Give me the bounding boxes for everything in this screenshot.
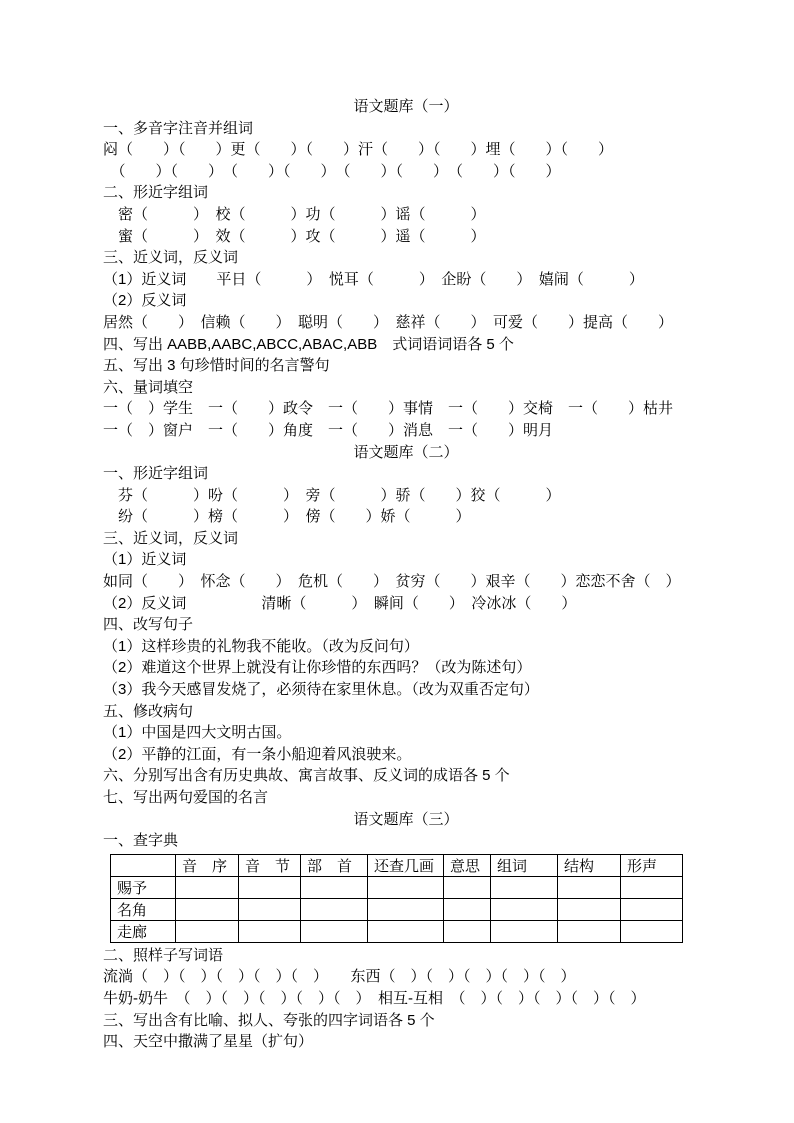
doc1-duoyinzi-blanks-line1: 闷（ ）（ ）更（ ）（ ）汗（ ）（ ）埋（ ）（ ） bbox=[103, 139, 709, 161]
table-empty-cell bbox=[301, 876, 368, 898]
table-header-row: 音 序 音 节 部 首 还查几画 意思 组词 结构 形声 bbox=[111, 854, 683, 876]
table-header-bushou: 部 首 bbox=[301, 854, 368, 876]
doc1-section1-heading: 一、多音字注音并组词 bbox=[103, 118, 709, 140]
doc3-word-pattern-row2: 牛奶-奶牛 （ ）（ ）（ ）（ ）（ ） 相互-互相 （ ）（ ）（ ）（ ）… bbox=[103, 988, 709, 1010]
doc1-measure-words-row1: 一（ ）学生 一（ ）政令 一（ ）事情 一（ ）交椅 一（ ）枯井 bbox=[103, 398, 709, 420]
table-empty-cell bbox=[558, 920, 621, 942]
doc2-section4-heading: 四、改写句子 bbox=[103, 614, 709, 636]
doc3-section2-heading: 二、照样子写词语 bbox=[103, 945, 709, 967]
doc2-synonyms-line: 如同（ ） 怀念（ ） 危机（ ） 贫穷（ ）艰辛（ ）恋恋不舍（ ） bbox=[103, 571, 709, 593]
doc3-section4-heading: 四、天空中撒满了星星（扩句） bbox=[103, 1031, 709, 1053]
table-empty-cell bbox=[558, 898, 621, 920]
doc3-title: 语文题库（三） bbox=[103, 809, 709, 831]
table-header-yinxu: 音 序 bbox=[176, 854, 239, 876]
doc3-section3-heading: 三、写出含有比喻、拟人、夸张的四字词语各 5 个 bbox=[103, 1010, 709, 1032]
doc1-section6-heading: 六、量词填空 bbox=[103, 377, 709, 399]
doc1-xingjinzi-row2: 蜜（ ） 效（ ）攻（ ）遥（ ） bbox=[103, 226, 709, 248]
doc2-section7-heading: 七、写出两句爱国的名言 bbox=[103, 787, 709, 809]
table-empty-cell bbox=[444, 898, 491, 920]
doc3-word-pattern-row1: 流淌（ ）（ ）（ ）（ ）（ ） 东西（ ）（ ）（ ）（ ）（ ） bbox=[103, 966, 709, 988]
table-empty-cell bbox=[621, 920, 683, 942]
dictionary-lookup-table: 音 序 音 节 部 首 还查几画 意思 组词 结构 形声 赐予 名角 走廊 bbox=[110, 854, 683, 943]
doc2-xingjinzi-row1: 芬（ ）吩（ ） 旁（ ）骄（ ）狡（ ） bbox=[103, 485, 709, 507]
doc3-section1-heading: 一、查字典 bbox=[103, 830, 709, 852]
doc1-section2-heading: 二、形近字组词 bbox=[103, 182, 709, 204]
table-header-blank bbox=[111, 854, 176, 876]
doc2-rewrite-item3: （3）我今天感冒发烧了，必须待在家里休息。（改为双重否定句） bbox=[103, 679, 709, 701]
table-header-jiegou: 结构 bbox=[558, 854, 621, 876]
doc2-fix-sentence-item1: （1）中国是四大文明古国。 bbox=[103, 722, 709, 744]
doc2-section3-heading: 三、近义词，反义词 bbox=[103, 528, 709, 550]
table-empty-cell bbox=[558, 876, 621, 898]
doc1-section5-heading: 五、写出 3 句珍惜时间的名言警句 bbox=[103, 355, 709, 377]
table-header-zuci: 组词 bbox=[491, 854, 558, 876]
doc2-antonyms-line: （2）反义词 清晰（ ） 瞬间（ ） 冷冰冰（ ） bbox=[103, 593, 709, 615]
table-row-label: 赐予 bbox=[111, 876, 176, 898]
doc1-title: 语文题库（一） bbox=[103, 96, 709, 118]
table-row-label: 走廊 bbox=[111, 920, 176, 942]
doc1-antonyms-label: （2）反义词 bbox=[103, 290, 709, 312]
doc2-rewrite-item1: （1）这样珍贵的礼物我不能收。（改为反问句） bbox=[103, 636, 709, 658]
table-empty-cell bbox=[176, 876, 239, 898]
doc2-section1-heading: 一、形近字组词 bbox=[103, 463, 709, 485]
doc2-synonyms-label: （1）近义词 bbox=[103, 549, 709, 571]
table-empty-cell bbox=[444, 920, 491, 942]
table-row-label: 名角 bbox=[111, 898, 176, 920]
table-empty-cell bbox=[301, 920, 368, 942]
table-empty-cell bbox=[239, 898, 301, 920]
doc2-title: 语文题库（二） bbox=[103, 442, 709, 464]
doc1-xingjinzi-row1: 密（ ） 校（ ）功（ ）谣（ ） bbox=[103, 204, 709, 226]
table-empty-cell bbox=[239, 876, 301, 898]
doc1-section4-heading: 四、写出 AABB,AABC,ABCC,ABAC,ABB 式词语词语各 5 个 bbox=[103, 334, 709, 356]
table-row: 赐予 bbox=[111, 876, 683, 898]
doc2-xingjinzi-row2: 纷（ ）榜（ ） 傍（ ）娇（ ） bbox=[103, 506, 709, 528]
table-row: 名角 bbox=[111, 898, 683, 920]
table-empty-cell bbox=[491, 898, 558, 920]
table-empty-cell bbox=[491, 876, 558, 898]
table-empty-cell bbox=[368, 898, 444, 920]
document-page: 语文题库（一） 一、多音字注音并组词 闷（ ）（ ）更（ ）（ ）汗（ ）（ ）… bbox=[0, 0, 794, 1123]
doc1-synonyms-line: （1）近义词 平日（ ） 悦耳（ ） 企盼（ ） 嬉闹（ ） bbox=[103, 269, 709, 291]
table-empty-cell bbox=[301, 898, 368, 920]
table-header-yinjie: 音 节 bbox=[239, 854, 301, 876]
table-header-huntcha: 还查几画 bbox=[368, 854, 444, 876]
doc2-section5-heading: 五、修改病句 bbox=[103, 701, 709, 723]
doc1-duoyinzi-blanks-line2: （ ）（ ） （ ）（ ） （ ）（ ） （ ）（ ） bbox=[103, 161, 709, 183]
doc1-measure-words-row2: 一（ ）窗户 一（ ）角度 一（ ）消息 一（ ）明月 bbox=[103, 420, 709, 442]
doc2-section6-heading: 六、分别写出含有历史典故、寓言故事、反义词的成语各 5 个 bbox=[103, 765, 709, 787]
table-empty-cell bbox=[444, 876, 491, 898]
table-empty-cell bbox=[621, 898, 683, 920]
doc1-antonyms-line: 居然（ ） 信赖（ ） 聪明（ ） 慈祥（ ） 可爱（ ）提高（ ） bbox=[103, 312, 709, 334]
doc1-section3-heading: 三、近义词，反义词 bbox=[103, 247, 709, 269]
table-empty-cell bbox=[239, 920, 301, 942]
table-empty-cell bbox=[491, 920, 558, 942]
table-row: 走廊 bbox=[111, 920, 683, 942]
table-empty-cell bbox=[621, 876, 683, 898]
table-empty-cell bbox=[368, 920, 444, 942]
table-empty-cell bbox=[176, 920, 239, 942]
table-header-xingsheng: 形声 bbox=[621, 854, 683, 876]
table-header-yisi: 意思 bbox=[444, 854, 491, 876]
table-empty-cell bbox=[176, 898, 239, 920]
doc2-rewrite-item2: （2）难道这个世界上就没有让你珍惜的东西吗？（改为陈述句） bbox=[103, 657, 709, 679]
table-empty-cell bbox=[368, 876, 444, 898]
doc2-fix-sentence-item2: （2）平静的江面，有一条小船迎着风浪驶来。 bbox=[103, 744, 709, 766]
